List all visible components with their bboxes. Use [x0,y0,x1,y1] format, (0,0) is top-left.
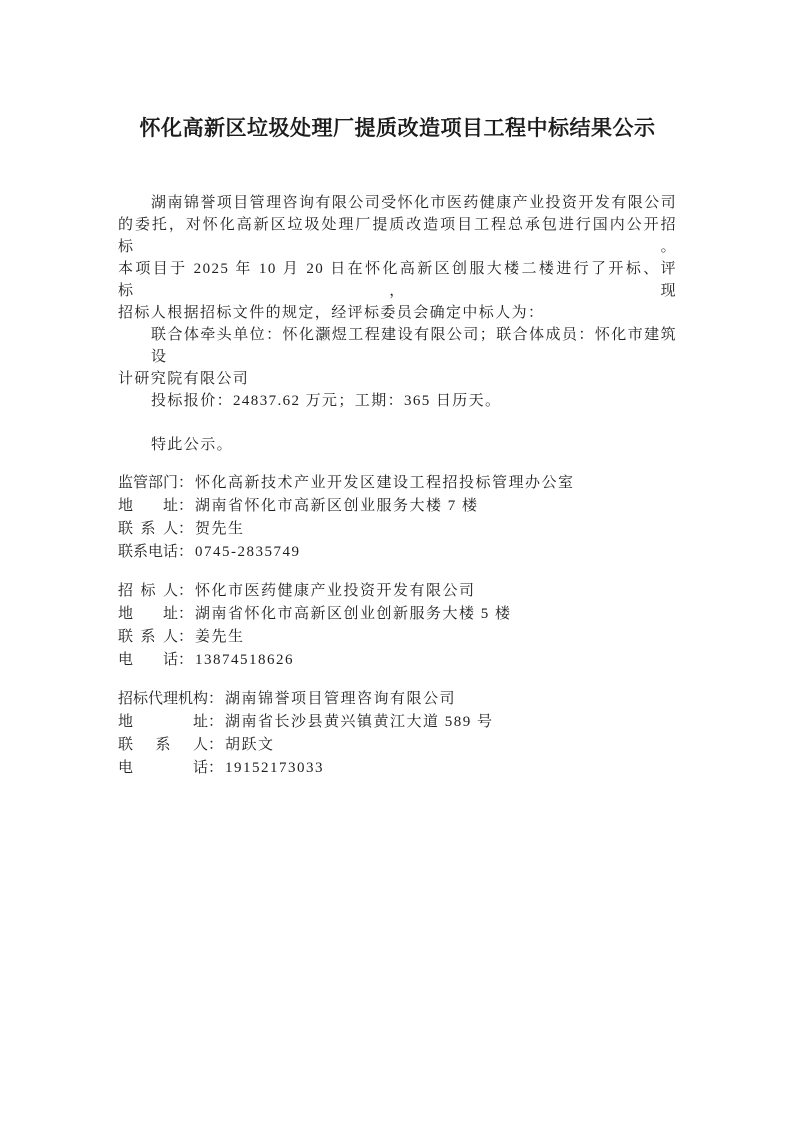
document-title: 怀化高新区垃圾处理厂提质改造项目工程中标结果公示 [118,112,677,146]
label-colon: ： [208,757,223,780]
contact-row-person: 联系人：贺先生 [118,518,677,541]
label-colon: ： [178,626,193,649]
label-colon: ： [178,541,193,564]
row-label: 电话 [118,649,178,672]
contact-row-person: 联系人：姜先生 [118,626,677,649]
paragraph-line: 湖南锦誉项目管理咨询有限公司受怀化市医药健康产业投资开发有限公司 [118,192,677,214]
row-value: 0745-2835749 [193,544,301,560]
paragraph-line: 计研究院有限公司 [118,368,677,390]
paragraph-line: 招标人根据招标文件的规定，经评标委员会确定中标人为： [118,302,677,324]
row-label: 联系人 [118,518,178,541]
row-label: 地址 [118,495,178,518]
paragraph-line: 联合体牵头单位：怀化灏煜工程建设有限公司；联合体成员：怀化市建筑设 [118,324,677,368]
row-label: 地址 [118,603,178,626]
contact-block-supervisor: 监管部门：怀化高新技术产业开发区建设工程招投标管理办公室 地址：湖南省怀化市高新… [118,472,677,564]
contact-row-agency: 招标代理机构：湖南锦誉项目管理咨询有限公司 [118,688,677,711]
row-value: 13874518626 [193,652,294,668]
row-value: 怀化高新技术产业开发区建设工程招投标管理办公室 [193,475,575,491]
row-label: 联系人 [118,626,178,649]
row-value: 湖南省长沙县黄兴镇黄江大道 589 号 [223,714,494,730]
row-label: 招标代理机构 [118,688,208,711]
contact-row-department: 监管部门：怀化高新技术产业开发区建设工程招投标管理办公室 [118,472,677,495]
label-colon: ： [178,495,193,518]
paragraph-line: 本项目于 2025 年 10 月 20 日在怀化高新区创服大楼二楼进行了开标、评… [118,258,677,302]
contact-row-tenderee: 招标人：怀化市医药健康产业投资开发有限公司 [118,580,677,603]
contact-row-phone: 电话：13874518626 [118,649,677,672]
label-colon: ： [178,472,193,495]
row-value: 湖南省怀化市高新区创业服务大楼 7 楼 [193,498,479,514]
contact-row-phone: 联系电话：0745-2835749 [118,541,677,564]
row-value: 湖南锦誉项目管理咨询有限公司 [223,691,456,707]
contact-row-person: 联系人：胡跃文 [118,734,677,757]
row-value: 19152173033 [223,760,324,776]
label-colon: ： [208,711,223,734]
paragraph-line: 投标报价：24837.62 万元；工期：365 日历天。 [118,390,677,412]
row-label: 地址 [118,711,208,734]
row-value: 贺先生 [193,521,245,537]
row-label: 联系电话 [118,541,178,564]
row-value: 胡跃文 [223,737,275,753]
row-value: 姜先生 [193,629,245,645]
row-value: 怀化市医药健康产业投资开发有限公司 [193,583,476,599]
paragraph-line: 的委托，对怀化高新区垃圾处理厂提质改造项目工程总承包进行国内公开招标。 [118,214,677,258]
contact-block-tenderee: 招标人：怀化市医药健康产业投资开发有限公司 地址：湖南省怀化市高新区创业创新服务… [118,580,677,672]
label-colon: ： [178,603,193,626]
row-label: 招标人 [118,580,178,603]
announcement-paragraph: 湖南锦誉项目管理咨询有限公司受怀化市医药健康产业投资开发有限公司 的委托，对怀化… [118,192,677,412]
contact-row-phone: 电话：19152173033 [118,757,677,780]
row-value: 湖南省怀化市高新区创业创新服务大楼 5 楼 [193,606,512,622]
closing-statement: 特此公示。 [118,434,677,456]
label-colon: ： [208,688,223,711]
contact-row-address: 地址：湖南省长沙县黄兴镇黄江大道 589 号 [118,711,677,734]
row-label: 监管部门 [118,472,178,495]
document-page: 怀化高新区垃圾处理厂提质改造项目工程中标结果公示 湖南锦誉项目管理咨询有限公司受… [0,0,793,1122]
label-colon: ： [178,649,193,672]
contact-block-agency: 招标代理机构：湖南锦誉项目管理咨询有限公司 地址：湖南省长沙县黄兴镇黄江大道 5… [118,688,677,780]
row-label: 电话 [118,757,208,780]
contact-row-address: 地址：湖南省怀化市高新区创业创新服务大楼 5 楼 [118,603,677,626]
label-colon: ： [208,734,223,757]
label-colon: ： [178,580,193,603]
contact-row-address: 地址：湖南省怀化市高新区创业服务大楼 7 楼 [118,495,677,518]
label-colon: ： [178,518,193,541]
document-content: 怀化高新区垃圾处理厂提质改造项目工程中标结果公示 湖南锦誉项目管理咨询有限公司受… [0,112,793,780]
row-label: 联系人 [118,734,208,757]
